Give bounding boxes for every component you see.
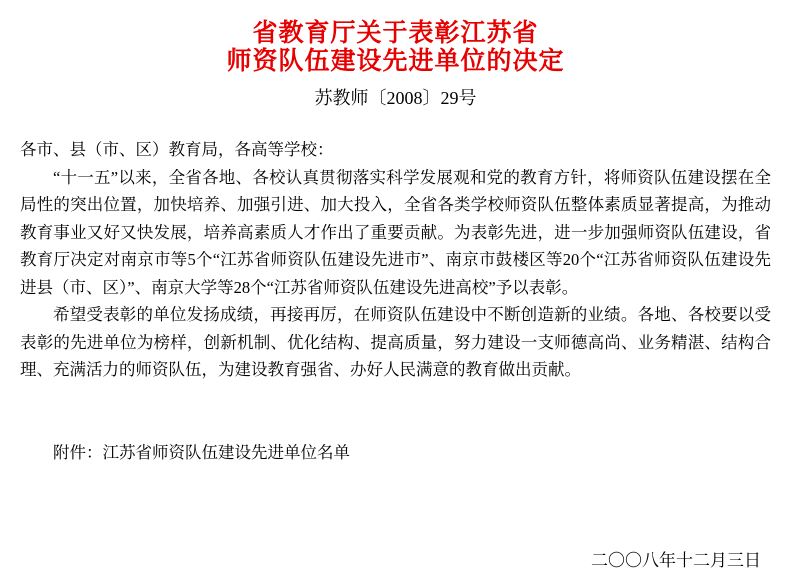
- document-title-line2: 师资队伍建设先进单位的决定: [0, 48, 791, 76]
- document-title-line1: 省教育厅关于表彰江苏省: [0, 20, 791, 48]
- document-title: 省教育厅关于表彰江苏省 师资队伍建设先进单位的决定: [0, 20, 791, 76]
- salutation-line: 各市、县（市、区）教育局，各高等学校：: [20, 136, 771, 164]
- document-number: 苏教师〔2008〕29号: [0, 88, 791, 108]
- body-paragraph-2: 希望受表彰的单位发扬成绩，再接再厉，在师资队伍建设中不断创造新的业绩。各地、各校…: [20, 301, 771, 384]
- document-page: 省教育厅关于表彰江苏省 师资队伍建设先进单位的决定 苏教师〔2008〕29号 各…: [0, 0, 791, 584]
- document-date: 二〇〇八年十二月三日: [591, 547, 761, 575]
- document-body: 各市、县（市、区）教育局，各高等学校： “十一五”以来，全省各地、各校认真贯彻落…: [20, 136, 771, 384]
- attachment-line: 附件：江苏省师资队伍建设先进单位名单: [20, 412, 771, 467]
- body-paragraph-1: “十一五”以来，全省各地、各校认真贯彻落实科学发展观和党的教育方针，将师资队伍建…: [20, 164, 771, 302]
